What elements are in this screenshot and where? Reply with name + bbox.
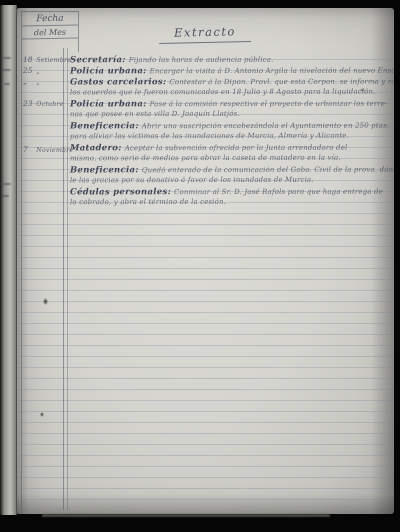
entry-text: Aceptar la subvención ofrecida por la Ju… <box>125 144 348 153</box>
ink-stain <box>360 88 365 92</box>
entry-keyword: Policía urbana: <box>70 99 147 109</box>
date-entry: 25 „ <box>23 66 67 77</box>
ledger-line: Matadero:Aceptar la subvención ofrecida … <box>70 143 347 155</box>
date-month: Octubre <box>36 101 63 108</box>
date-column-header-line2: del Mes <box>22 26 78 40</box>
date-day: 25 <box>23 66 34 75</box>
date-day: „ <box>23 77 34 86</box>
ledger-line: nos que posee en esta villa D. Joaquín L… <box>70 110 240 121</box>
ledger-line: para aliviar las víctimas de las inundac… <box>70 132 349 144</box>
entry-text: mismo, como serie de medios para obrar l… <box>70 154 341 163</box>
entry-text: Contestar á la Dipon. Provl. que esta Co… <box>169 78 394 87</box>
date-column-header-line1: Fecha <box>22 12 78 27</box>
entry-keyword: Gastos carcelarios: <box>70 77 166 87</box>
date-month: „ <box>36 68 39 75</box>
date-month: Noviembre <box>36 147 73 154</box>
entry-text: Pase á la comisión respectiva el proyect… <box>150 100 388 109</box>
date-day: 18 <box>23 55 34 64</box>
date-month: Setiembre <box>36 57 71 64</box>
ledger-line: los acuerdos que le fueron comunicados e… <box>70 88 376 100</box>
underlying-pages-edge <box>42 514 330 517</box>
entry-text: Conminar al Sr. D. José Rafols para que … <box>174 188 383 197</box>
entry-keyword: Matadero: <box>70 143 122 153</box>
ledger-line: Beneficencia:Quedó enterado de la comuni… <box>70 165 394 177</box>
margin-rule-left <box>21 11 22 511</box>
ink-stain <box>43 298 48 305</box>
entry-keyword: Beneficencia: <box>70 165 139 175</box>
entry-text: para aliviar las víctimas de las inundac… <box>70 132 349 141</box>
ledger-line: Policía urbana:Pase á la comisión respec… <box>70 99 388 111</box>
bleed-mark <box>2 195 9 197</box>
entry-keyword: Policía urbana: <box>70 66 147 76</box>
header-box-rule <box>78 11 79 52</box>
ledger-line: le las gracias por su donativo á favor d… <box>70 176 314 188</box>
bleed-mark <box>3 57 11 59</box>
date-entry: 23 Octubre <box>23 99 67 110</box>
page-title: Extracto <box>159 24 251 44</box>
ledger-line: mismo, como serie de medios para obrar l… <box>70 154 341 166</box>
bleed-mark <box>3 183 11 185</box>
date-entry: 18 Setiembre <box>23 55 67 66</box>
date-column-header: Fecha del Mes <box>22 11 78 39</box>
ledger-line: lo cobrado, y abra el término de la cesi… <box>70 198 226 209</box>
photographed-manuscript: Fecha del Mes Extracto 18 Setiembre 25 „… <box>0 0 400 532</box>
entry-text: lo cobrado, y abra el término de la cesi… <box>70 198 226 206</box>
bleed-mark <box>2 69 11 71</box>
adjacent-page-edge <box>0 5 17 515</box>
date-day: 23 <box>23 99 34 108</box>
date-column-rule-outer <box>63 48 64 510</box>
entry-keyword: Secretaría: <box>70 55 126 65</box>
entry-text: Encargar la visita á D. Antonio Argila l… <box>150 67 394 76</box>
date-entry: „ „ <box>23 77 67 88</box>
ledger-line: Secretaría:Fijando las horas de audienci… <box>70 55 273 67</box>
entry-text: le las gracias por su donativo á favor d… <box>70 176 314 185</box>
entry-text: Quedó enterado de la comunicación del Go… <box>142 166 394 175</box>
entry-text: nos que posee en esta villa D. Joaquín L… <box>70 110 240 118</box>
ledger-line: Policía urbana:Encargar la visita á D. A… <box>70 66 394 78</box>
date-column-rule-inner <box>67 48 68 510</box>
entry-text: Fijando las horas de audiencia pública. <box>129 56 274 64</box>
entry-text: Abrir una suscripción encabezándola el A… <box>142 122 389 131</box>
ledger-line: Beneficencia:Abrir una suscripción encab… <box>70 121 389 133</box>
date-month: „ <box>36 79 39 86</box>
ledger-line: Gastos carcelarios:Contestar á la Dipon.… <box>70 77 394 89</box>
manuscript-page: Fecha del Mes Extracto 18 Setiembre 25 „… <box>17 8 394 514</box>
entry-text: los acuerdos que le fueron comunicados e… <box>70 88 376 97</box>
date-entry: 7 Noviembre <box>23 145 67 156</box>
ink-stain <box>40 412 44 417</box>
entry-keyword: Beneficencia: <box>70 121 139 131</box>
bleed-mark <box>4 83 10 85</box>
ledger-line: Cédulas personales:Conminar al Sr. D. Jo… <box>70 187 383 199</box>
date-day: 7 <box>23 145 34 154</box>
entry-keyword: Cédulas personales: <box>70 187 171 197</box>
